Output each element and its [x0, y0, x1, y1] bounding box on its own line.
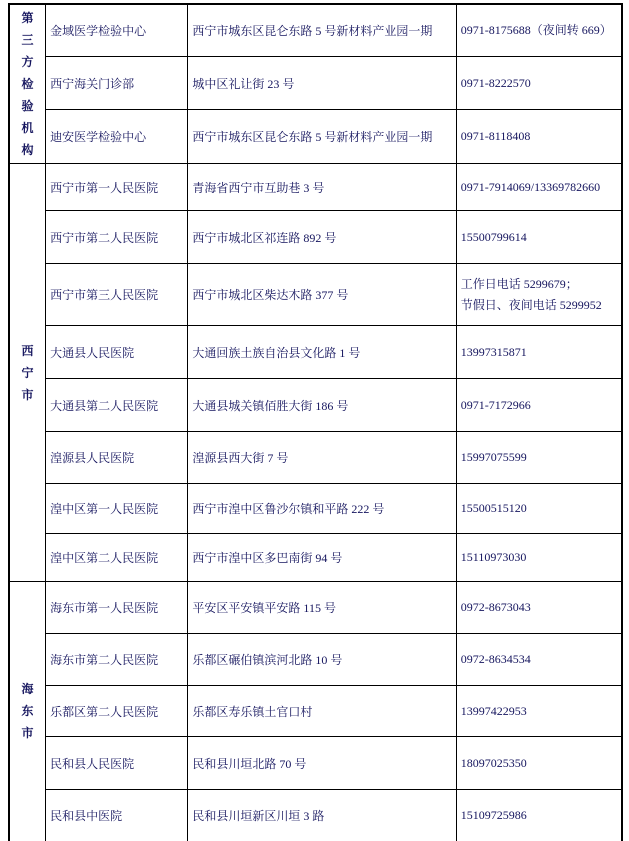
institution-address-cell: 青海省西宁市互助巷 3 号	[188, 164, 456, 211]
table-row: 民和县人民医院民和县川垣北路 70 号18097025350	[9, 737, 622, 790]
table-row: 迪安医学检验中心西宁市城东区昆仑东路 5 号新材料产业园一期0971-81184…	[9, 110, 622, 164]
institution-address-cell: 西宁市城北区柴达木路 377 号	[188, 264, 456, 326]
category-cell: 海东市	[9, 582, 46, 841]
institution-phone-cell: 15500515120	[456, 484, 622, 534]
table-row: 第三方检验机构金域医学检验中心西宁市城东区昆仑东路 5 号新材料产业园一期097…	[9, 4, 622, 57]
institution-name-cell: 民和县中医院	[46, 790, 188, 841]
category-char: 市	[14, 384, 41, 406]
institution-name-cell: 湟源县人民医院	[46, 432, 188, 484]
institution-name-cell: 西宁市第一人民医院	[46, 164, 188, 211]
institution-phone-cell: 18097025350	[456, 737, 622, 790]
table-row: 民和县中医院民和县川垣新区川垣 3 路15109725986	[9, 790, 622, 841]
medical-institutions-table: 第三方检验机构金域医学检验中心西宁市城东区昆仑东路 5 号新材料产业园一期097…	[8, 3, 623, 841]
institution-name-cell: 海东市第二人民医院	[46, 634, 188, 686]
category-char: 海	[14, 678, 41, 700]
category-char: 验	[14, 95, 41, 117]
table-row: 海东市海东市第一人民医院平安区平安镇平安路 115 号0972-8673043	[9, 582, 622, 634]
institution-phone-cell: 15110973030	[456, 534, 622, 582]
institution-phone-cell: 15500799614	[456, 211, 622, 264]
institution-name-cell: 海东市第一人民医院	[46, 582, 188, 634]
institution-address-cell: 民和县川垣新区川垣 3 路	[188, 790, 456, 841]
institution-name-cell: 西宁市第二人民医院	[46, 211, 188, 264]
table-row: 大通县人民医院大通回族土族自治县文化路 1 号13997315871	[9, 326, 622, 379]
table-row: 西宁市第三人民医院西宁市城北区柴达木路 377 号工作日电话 5299679； …	[9, 264, 622, 326]
category-char: 构	[14, 139, 41, 161]
institution-phone-cell: 0972-8634534	[456, 634, 622, 686]
institution-phone-cell: 0971-8222570	[456, 57, 622, 110]
table-row: 西宁海关门诊部城中区礼让街 23 号0971-8222570	[9, 57, 622, 110]
category-char: 第	[14, 7, 41, 29]
table-row: 湟中区第二人民医院西宁市湟中区多巴南街 94 号15110973030	[9, 534, 622, 582]
institution-name-cell: 湟中区第二人民医院	[46, 534, 188, 582]
institution-phone-cell: 13997422953	[456, 686, 622, 737]
institution-phone-cell: 0971-7914069/13369782660	[456, 164, 622, 211]
institution-address-cell: 乐都区寿乐镇土官口村	[188, 686, 456, 737]
institution-name-cell: 大通县人民医院	[46, 326, 188, 379]
institution-address-cell: 大通回族土族自治县文化路 1 号	[188, 326, 456, 379]
institution-name-cell: 湟中区第一人民医院	[46, 484, 188, 534]
table-row: 西宁市西宁市第一人民医院青海省西宁市互助巷 3 号0971-7914069/13…	[9, 164, 622, 211]
institution-address-cell: 西宁市城东区昆仑东路 5 号新材料产业园一期	[188, 4, 456, 57]
institution-phone-cell: 0971-8175688（夜间转 669）	[456, 4, 622, 57]
table-row: 西宁市第二人民医院西宁市城北区祁连路 892 号15500799614	[9, 211, 622, 264]
category-cell: 西宁市	[9, 164, 46, 582]
institution-address-cell: 西宁市湟中区多巴南街 94 号	[188, 534, 456, 582]
document-page: 第三方检验机构金域医学检验中心西宁市城东区昆仑东路 5 号新材料产业园一期097…	[0, 0, 629, 841]
table-row: 海东市第二人民医院乐都区碾伯镇滨河北路 10 号0972-8634534	[9, 634, 622, 686]
institution-name-cell: 乐都区第二人民医院	[46, 686, 188, 737]
category-char: 西	[14, 340, 41, 362]
category-char: 东	[14, 700, 41, 722]
institution-address-cell: 乐都区碾伯镇滨河北路 10 号	[188, 634, 456, 686]
table-body: 第三方检验机构金域医学检验中心西宁市城东区昆仑东路 5 号新材料产业园一期097…	[9, 4, 622, 841]
institution-address-cell: 城中区礼让街 23 号	[188, 57, 456, 110]
institution-address-cell: 西宁市城北区祁连路 892 号	[188, 211, 456, 264]
category-cell: 第三方检验机构	[9, 4, 46, 164]
institution-address-cell: 西宁市城东区昆仑东路 5 号新材料产业园一期	[188, 110, 456, 164]
institution-phone-cell: 15109725986	[456, 790, 622, 841]
institution-address-cell: 西宁市湟中区鲁沙尔镇和平路 222 号	[188, 484, 456, 534]
institution-phone-cell: 0971-8118408	[456, 110, 622, 164]
institution-phone-cell: 0971-7172966	[456, 379, 622, 432]
institution-name-cell: 金域医学检验中心	[46, 4, 188, 57]
table-row: 湟源县人民医院湟源县西大街 7 号15997075599	[9, 432, 622, 484]
institution-name-cell: 西宁海关门诊部	[46, 57, 188, 110]
category-char: 宁	[14, 362, 41, 384]
institution-name-cell: 大通县第二人民医院	[46, 379, 188, 432]
institution-phone-cell: 工作日电话 5299679； 节假日、夜间电话 5299952	[456, 264, 622, 326]
institution-phone-cell: 0972-8673043	[456, 582, 622, 634]
table-row: 乐都区第二人民医院乐都区寿乐镇土官口村13997422953	[9, 686, 622, 737]
institution-name-cell: 西宁市第三人民医院	[46, 264, 188, 326]
institution-name-cell: 迪安医学检验中心	[46, 110, 188, 164]
category-char: 机	[14, 117, 41, 139]
category-char: 方	[14, 51, 41, 73]
institution-name-cell: 民和县人民医院	[46, 737, 188, 790]
institution-address-cell: 湟源县西大街 7 号	[188, 432, 456, 484]
institution-address-cell: 民和县川垣北路 70 号	[188, 737, 456, 790]
table-row: 湟中区第一人民医院西宁市湟中区鲁沙尔镇和平路 222 号15500515120	[9, 484, 622, 534]
institution-phone-cell: 15997075599	[456, 432, 622, 484]
institution-phone-cell: 13997315871	[456, 326, 622, 379]
category-char: 三	[14, 29, 41, 51]
category-char: 检	[14, 73, 41, 95]
category-char: 市	[14, 722, 41, 744]
institution-address-cell: 平安区平安镇平安路 115 号	[188, 582, 456, 634]
table-row: 大通县第二人民医院大通县城关镇佰胜大街 186 号0971-7172966	[9, 379, 622, 432]
institution-address-cell: 大通县城关镇佰胜大街 186 号	[188, 379, 456, 432]
